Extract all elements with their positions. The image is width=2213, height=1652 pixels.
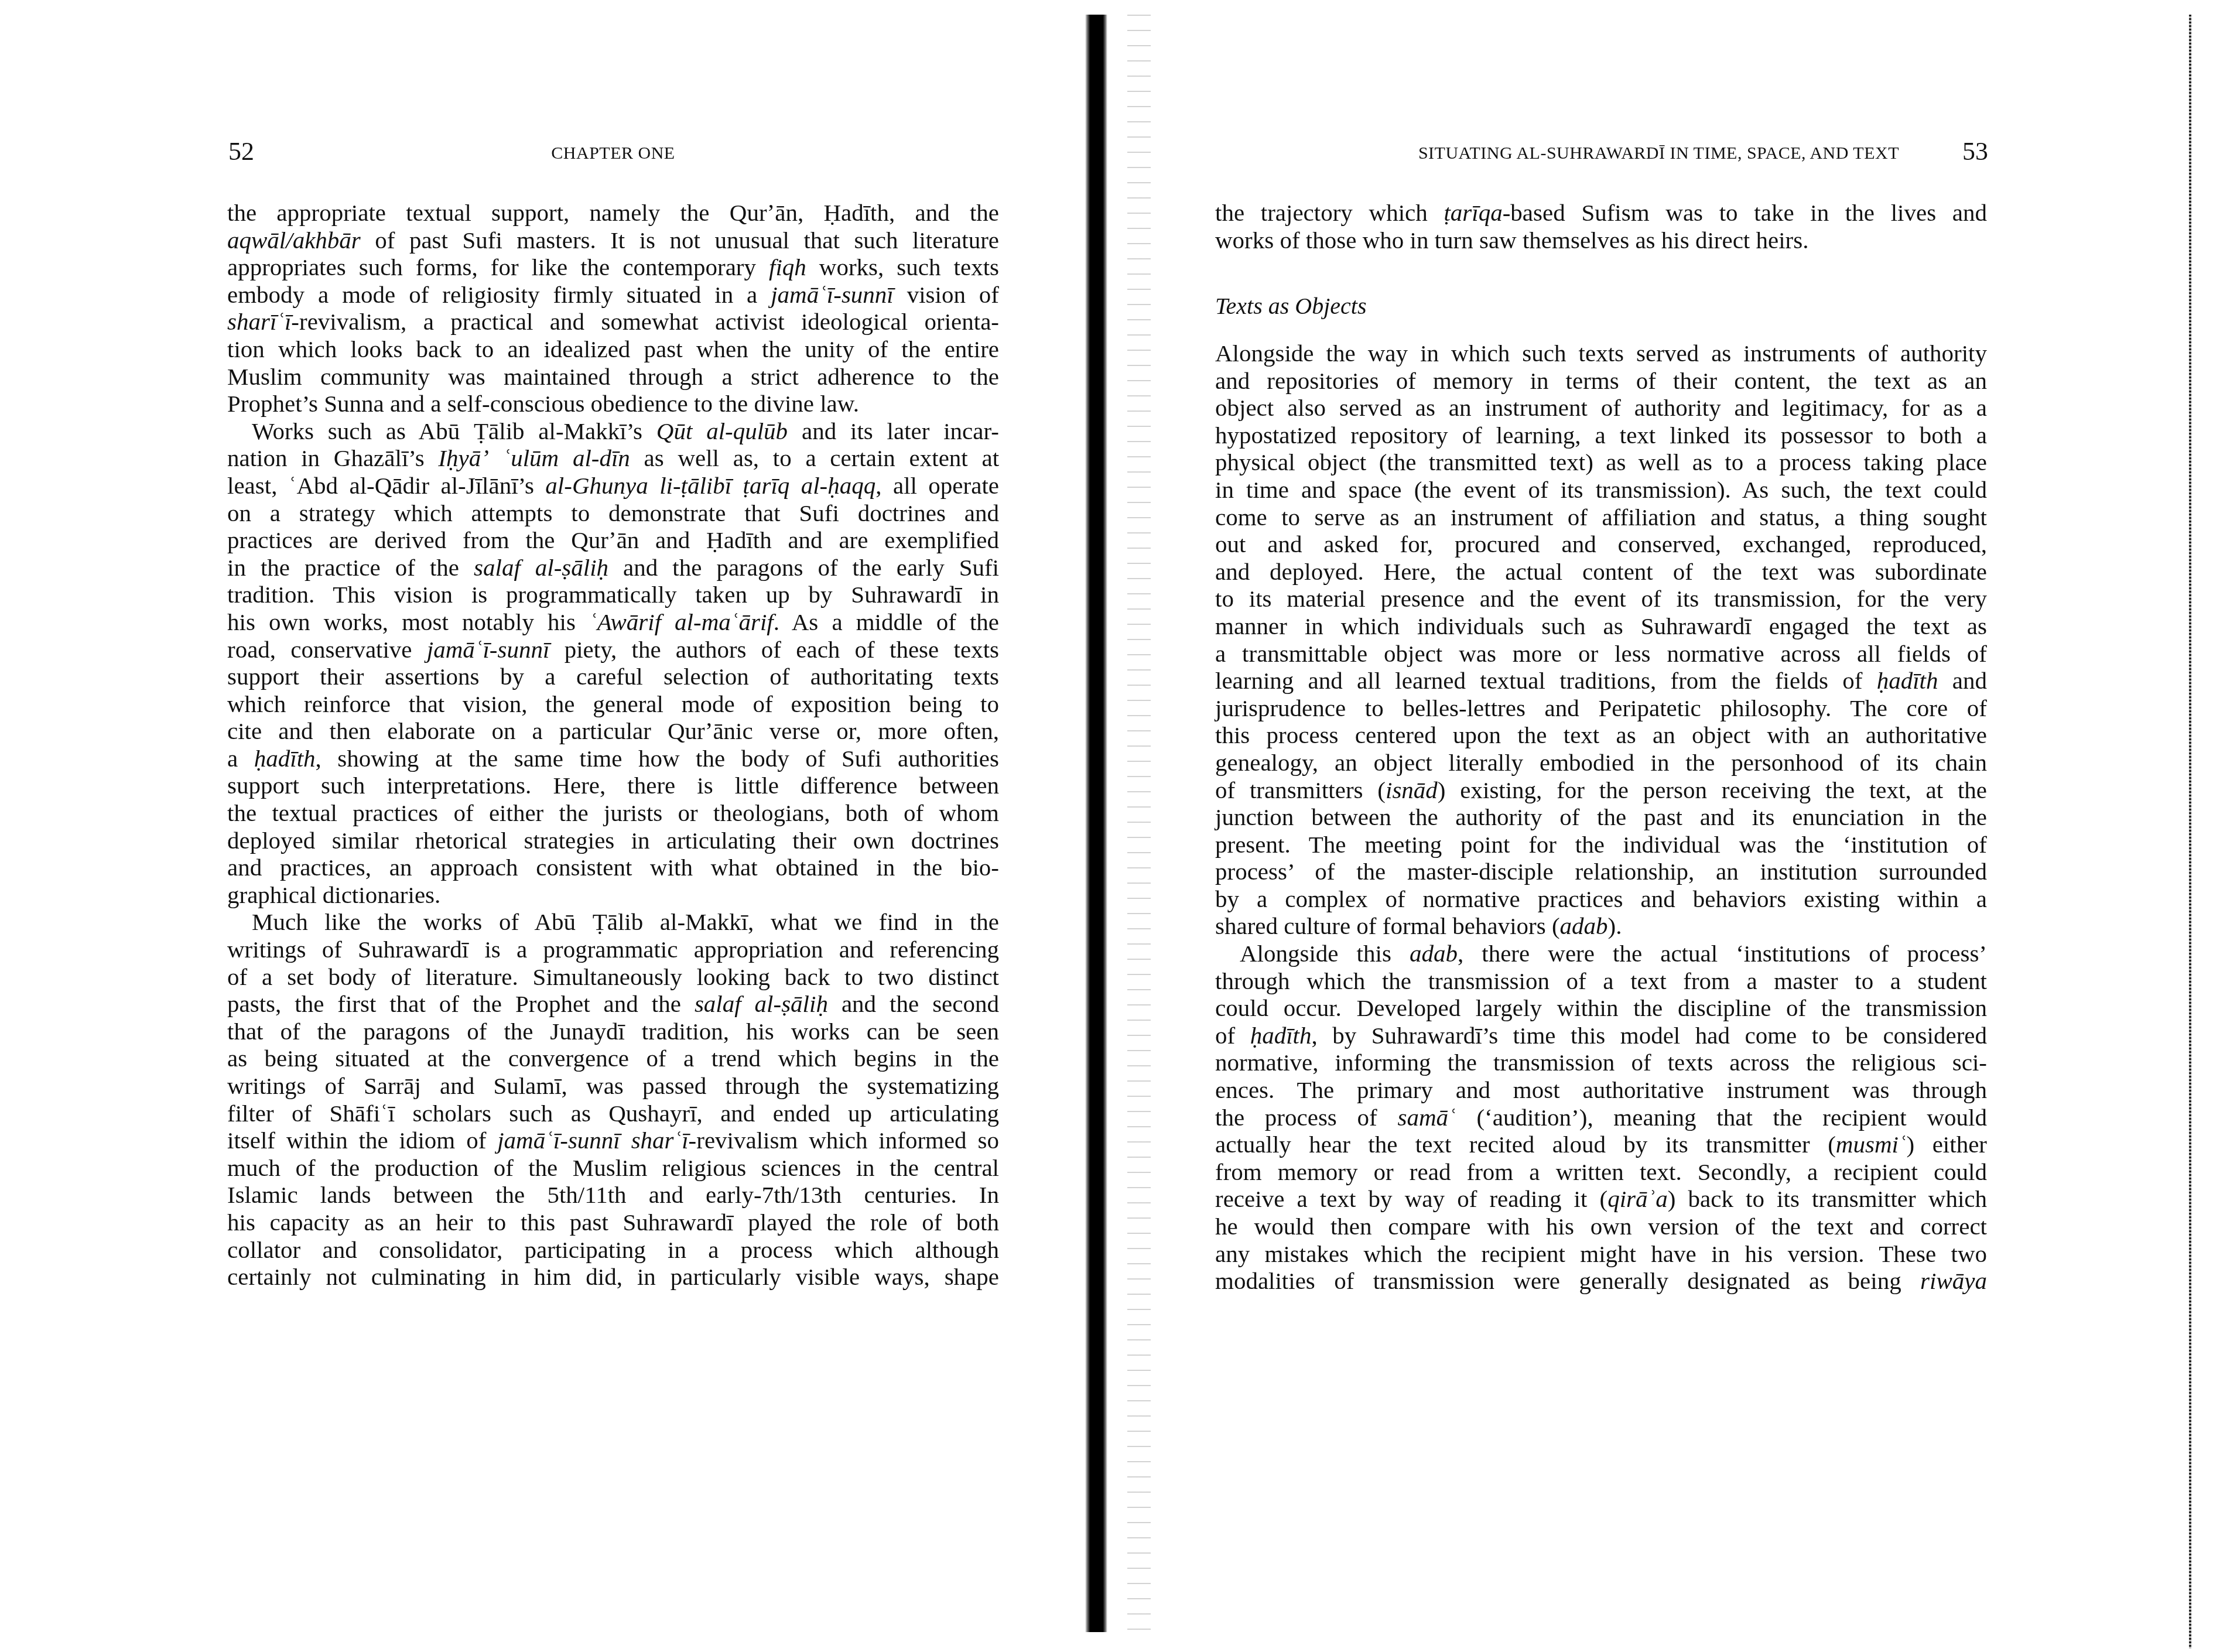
text-line: physical object (the transmitted text) a… <box>1215 449 1987 476</box>
text-line: manner in which individuals such as Suhr… <box>1215 613 1987 640</box>
left-running-head: 52 CHAPTER ONE <box>227 137 999 166</box>
text-line: the process of samāʿ (‘audition’), meani… <box>1215 1104 1987 1131</box>
chapter-title: CHAPTER ONE <box>227 142 999 165</box>
text-line: from memory or read from a written text.… <box>1215 1158 1987 1186</box>
text-line: modalities of transmission were generall… <box>1215 1267 1987 1295</box>
text-line: his own works, most notably his ʿAwārif … <box>227 608 999 636</box>
text-line: hypostatized repository of learning, a t… <box>1215 422 1987 449</box>
text-line: works of those who in turn saw themselve… <box>1215 227 1987 254</box>
text-line: could occur. Developed largely within th… <box>1215 994 1987 1022</box>
text-line: jurisprudence to belles-lettres and Peri… <box>1215 695 1987 722</box>
text-line: tion which looks back to an idealized pa… <box>227 336 999 363</box>
right-body-text: Alongside the way in which such texts se… <box>1215 340 1987 1295</box>
section-running-title: SITUATING AL-SUHRAWARDĪ IN TIME, SPACE, … <box>1418 142 1899 165</box>
right-intro-text: the trajectory which ṭarīqa-based Sufism… <box>1215 199 1987 254</box>
section-heading: Texts as Objects <box>1215 293 1367 320</box>
text-line: road, conservative jamāʿī-sunnī piety, t… <box>227 636 999 663</box>
text-line: Prophet’s Sunna and a self-conscious obe… <box>227 390 999 418</box>
text-line: practices are derived from the Qurʼān an… <box>227 526 999 554</box>
text-line: filter of Shāfiʿī scholars such as Qusha… <box>227 1100 999 1127</box>
text-line: collator and consolidator, participating… <box>227 1236 999 1264</box>
text-line: this process centered upon the text as a… <box>1215 721 1987 749</box>
text-line: in the practice of the salaf al-ṣāliḥ an… <box>227 554 999 582</box>
text-line: object also served as an instrument of a… <box>1215 394 1987 422</box>
text-line: through which the transmission of a text… <box>1215 967 1987 995</box>
text-line: learning and all learned textual traditi… <box>1215 667 1987 695</box>
text-line: support their assertions by a careful se… <box>227 663 999 690</box>
text-line: ences. The primary and most authoritativ… <box>1215 1076 1987 1104</box>
text-line: that of the paragons of the Junaydī trad… <box>227 1018 999 1045</box>
text-line: the textual practices of either the juri… <box>227 799 999 827</box>
text-line: the trajectory which ṭarīqa-based Sufism… <box>1215 199 1987 227</box>
text-line: to its material presence and the event o… <box>1215 585 1987 613</box>
text-line: and deployed. Here, the actual content o… <box>1215 558 1987 586</box>
text-line: as being situated at the convergence of … <box>227 1045 999 1072</box>
text-line: in time and space (the event of its tran… <box>1215 476 1987 504</box>
text-line: which reinforce that vision, the general… <box>227 690 999 718</box>
text-line: normative, informing the transmission of… <box>1215 1049 1987 1076</box>
text-line: and practices, an approach consistent wi… <box>227 854 999 881</box>
text-line: writings of Sarrāj and Sulamī, was passe… <box>227 1072 999 1100</box>
text-line: a transmittable object was more or less … <box>1215 640 1987 668</box>
text-line: certainly not culminating in him did, in… <box>227 1263 999 1291</box>
text-line: of a set body of literature. Simultaneou… <box>227 963 999 991</box>
text-line: shared culture of formal behaviors (adab… <box>1215 912 1987 940</box>
text-line: much of the production of the Muslim rel… <box>227 1154 999 1182</box>
text-line: cite and then elaborate on a particular … <box>227 717 999 745</box>
text-line: actually hear the text recited aloud by … <box>1215 1131 1987 1158</box>
page-number: 53 <box>1962 137 1988 166</box>
text-line: out and asked for, procured and conserve… <box>1215 531 1987 558</box>
text-line: of transmitters (isnād) existing, for th… <box>1215 777 1987 804</box>
text-line: his capacity as an heir to this past Suh… <box>227 1209 999 1236</box>
text-line: pasts, the first that of the Prophet and… <box>227 990 999 1018</box>
text-line: writings of Suhrawardī is a programmatic… <box>227 936 999 963</box>
text-line: embody a mode of religiosity firmly situ… <box>227 281 999 309</box>
text-line: any mistakes which the recipient might h… <box>1215 1240 1987 1268</box>
text-line: Much like the works of Abū Ṭālib al-Makk… <box>227 908 999 936</box>
text-line: tradition. This vision is programmatical… <box>227 581 999 608</box>
text-line: deployed similar rhetorical strategies i… <box>227 827 999 854</box>
text-line: genealogy, an object literally embodied … <box>1215 749 1987 777</box>
text-line: of ḥadīth, by Suhrawardī’s time this mod… <box>1215 1022 1987 1049</box>
text-line: sharīʿī-revivalism, a practical and some… <box>227 308 999 336</box>
text-line: a ḥadīth, showing at the same time how t… <box>227 745 999 772</box>
text-line: support such interpretations. Here, ther… <box>227 772 999 799</box>
text-line: Alongside the way in which such texts se… <box>1215 340 1987 367</box>
text-line: Alongside this adab, there were the actu… <box>1215 940 1987 967</box>
text-line: the appropriate textual support, namely … <box>227 199 999 227</box>
text-line: by a complex of normative practices and … <box>1215 885 1987 913</box>
text-line: graphical dictionaries. <box>227 881 999 909</box>
text-line: Muslim community was maintained through … <box>227 363 999 391</box>
text-line: least, ʿAbd al-Qādir al-Jīlānī’s al-Ghun… <box>227 472 999 500</box>
page-edge <box>2189 15 2191 1648</box>
text-line: he would then compare with his own versi… <box>1215 1213 1987 1240</box>
right-running-head: SITUATING AL-SUHRAWARDĪ IN TIME, SPACE, … <box>1215 137 1987 166</box>
text-line: receive a text by way of reading it (qir… <box>1215 1185 1987 1213</box>
book-gutter-shadow <box>1085 15 1107 1632</box>
text-line: present. The meeting point for the indiv… <box>1215 831 1987 859</box>
text-line: itself within the idiom of jamāʿī-sunnī … <box>227 1127 999 1154</box>
text-line: Works such as Abū Ṭālib al-Makkī’s Qūt a… <box>227 418 999 445</box>
text-line: come to serve as an instrument of affili… <box>1215 504 1987 531</box>
text-line: and repositories of memory in terms of t… <box>1215 367 1987 395</box>
text-line: aqwāl/akhbār of past Sufi masters. It is… <box>227 227 999 254</box>
left-body-text: the appropriate textual support, namely … <box>227 199 999 1291</box>
text-line: on a strategy which attempts to demonstr… <box>227 500 999 527</box>
text-line: appropriates such forms, for like the co… <box>227 254 999 281</box>
text-line: Islamic lands between the 5th/11th and e… <box>227 1181 999 1209</box>
text-line: nation in Ghazālī’s Iḥyāʼ ʿulūm al-dīn a… <box>227 444 999 472</box>
text-line: process’ of the master-disciple relation… <box>1215 858 1987 885</box>
text-line: junction between the authority of the pa… <box>1215 803 1987 831</box>
gutter-scan-noise <box>1127 15 1151 1632</box>
